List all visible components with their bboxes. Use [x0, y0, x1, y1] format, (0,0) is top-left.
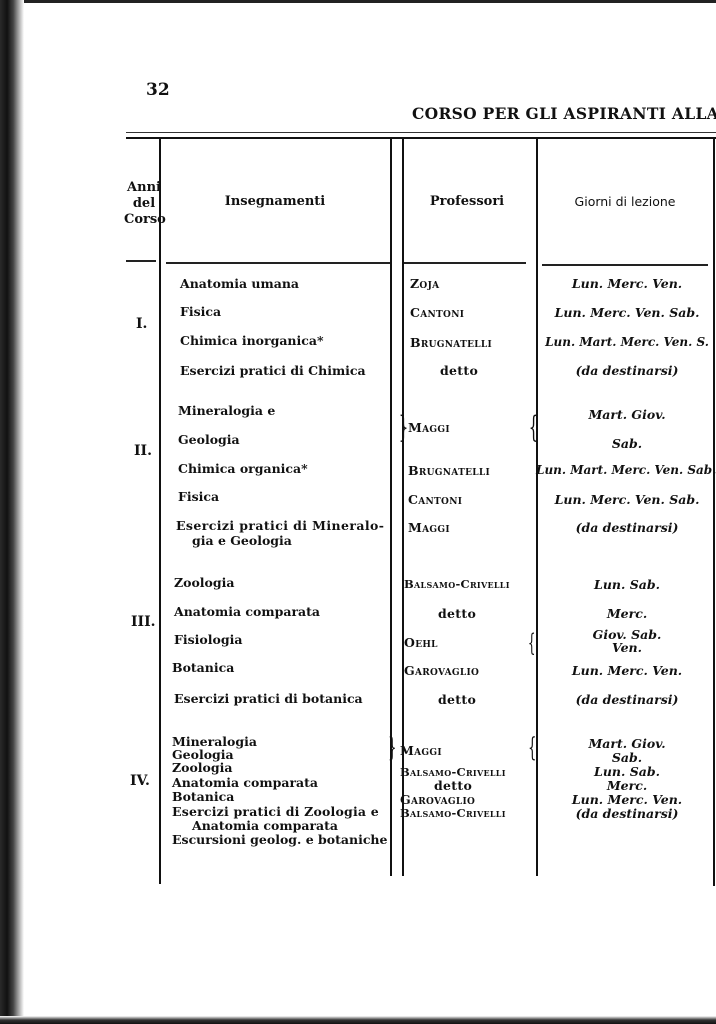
days: (da destinarsi) [540, 363, 714, 378]
subject: Anatomia comparata [172, 776, 318, 789]
days: Mart. Giov. [540, 407, 714, 422]
subject: Anatomia comparata [174, 604, 320, 619]
subject: Zoologia [172, 761, 232, 774]
days: Lun. Merc. Ven. Sab. [540, 492, 714, 507]
days: Mart. Giov. [540, 737, 714, 750]
days: (da destinarsi) [540, 807, 714, 820]
header-year: Anni del Corso [124, 180, 164, 228]
professor: Cantoni [410, 305, 464, 320]
professor: Oehl [404, 635, 438, 650]
column-divider-1 [159, 138, 161, 884]
book-spine-shadow [0, 0, 24, 1024]
header-underline-year [126, 260, 156, 262]
brace-icon: { [529, 413, 539, 443]
column-divider-4 [536, 138, 538, 876]
brace-icon: { [528, 733, 536, 763]
header-subjects: Insegnamenti [200, 194, 350, 210]
professor: Brugnatelli [408, 463, 490, 478]
days: Merc. [540, 779, 714, 792]
days: Lun. Merc. Ven. [540, 663, 714, 678]
professor: detto [440, 363, 478, 378]
subject: Fisiologia [174, 632, 242, 647]
subject: Esercizi pratici di Zoologia e [172, 805, 379, 818]
header-year-line-3: Corso [124, 212, 164, 228]
subject: Esercizi pratici di Chimica [180, 363, 366, 378]
professor: Brugnatelli [410, 335, 492, 350]
subject: Fisica [178, 489, 219, 504]
brace-icon: } [399, 413, 409, 443]
year-label: II. [134, 443, 152, 459]
subject: Chimica organica* [178, 461, 308, 476]
subject: Esercizi pratici di Mineralo- [176, 518, 384, 533]
subject: Geologia [178, 432, 240, 447]
year-label: I. [136, 316, 147, 332]
days: Sab. [540, 751, 714, 764]
days: (da destinarsi) [540, 520, 714, 535]
professor: Balsamo-Crivelli [400, 807, 506, 820]
subject-continuation: gia e Geologia [192, 533, 292, 548]
year-label: IV. [130, 773, 150, 789]
page-edge-top [24, 0, 716, 3]
page-edge-bottom [0, 1016, 716, 1024]
subject: Chimica inorganica* [180, 333, 324, 348]
professor: Balsamo-Crivelli [404, 577, 510, 591]
year-label: III. [131, 614, 156, 630]
professor: Maggi [408, 520, 450, 535]
days: Lun. Merc. Ven. [540, 276, 714, 291]
days: Merc. [540, 606, 714, 621]
professor: Zoja [410, 276, 439, 291]
running-head: CORSO PER GLI ASPIRANTI ALLA [412, 104, 716, 123]
header-rule [126, 132, 716, 139]
days: Lun. Sab. [540, 765, 714, 778]
days-continuation: Ven. [540, 641, 714, 654]
header-underline-professors [404, 262, 526, 264]
subject: Botanica [172, 660, 234, 675]
header-year-line-2: del [124, 196, 164, 212]
header-professors: Professori [404, 194, 530, 210]
days: Sab. [540, 436, 714, 451]
subject: Fisica [180, 304, 221, 319]
days: Lun. Merc. Ven. Sab. [540, 305, 714, 320]
professor: Maggi [400, 744, 442, 757]
days: (da destinarsi) [540, 692, 714, 707]
professor: Garovaglio [404, 663, 479, 678]
professor: Cantoni [408, 492, 462, 507]
subject: Esercizi pratici di botanica [174, 691, 363, 706]
header-year-line-1: Anni [124, 180, 164, 196]
days: Lun. Mart. Merc. Ven. Sab. [536, 463, 716, 477]
professor: detto [434, 779, 472, 792]
subject: Zoologia [174, 575, 234, 590]
professor: Garovaglio [400, 793, 475, 806]
header-underline-days [542, 264, 708, 266]
brace-icon: { [528, 628, 536, 658]
brace-icon: } [388, 733, 396, 763]
subject: Botanica [172, 790, 234, 803]
subject: Mineralogia e [178, 403, 275, 418]
subject: Escursioni geolog. e botaniche [172, 833, 387, 846]
subject-continuation: Anatomia comparata [192, 819, 338, 832]
professor: detto [438, 692, 476, 707]
days: Lun. Merc. Ven. [540, 793, 714, 806]
header-underline-subjects [166, 262, 390, 264]
page-number: 32 [146, 80, 170, 100]
days: Lun. Sab. [540, 577, 714, 592]
days: Lun. Mart. Merc. Ven. S. [538, 335, 716, 349]
professor: Maggi [408, 420, 450, 435]
professor: detto [438, 606, 476, 621]
subject: Anatomia umana [180, 276, 299, 291]
column-divider-2 [390, 138, 392, 876]
header-days: Giorni di lezione [542, 194, 708, 210]
